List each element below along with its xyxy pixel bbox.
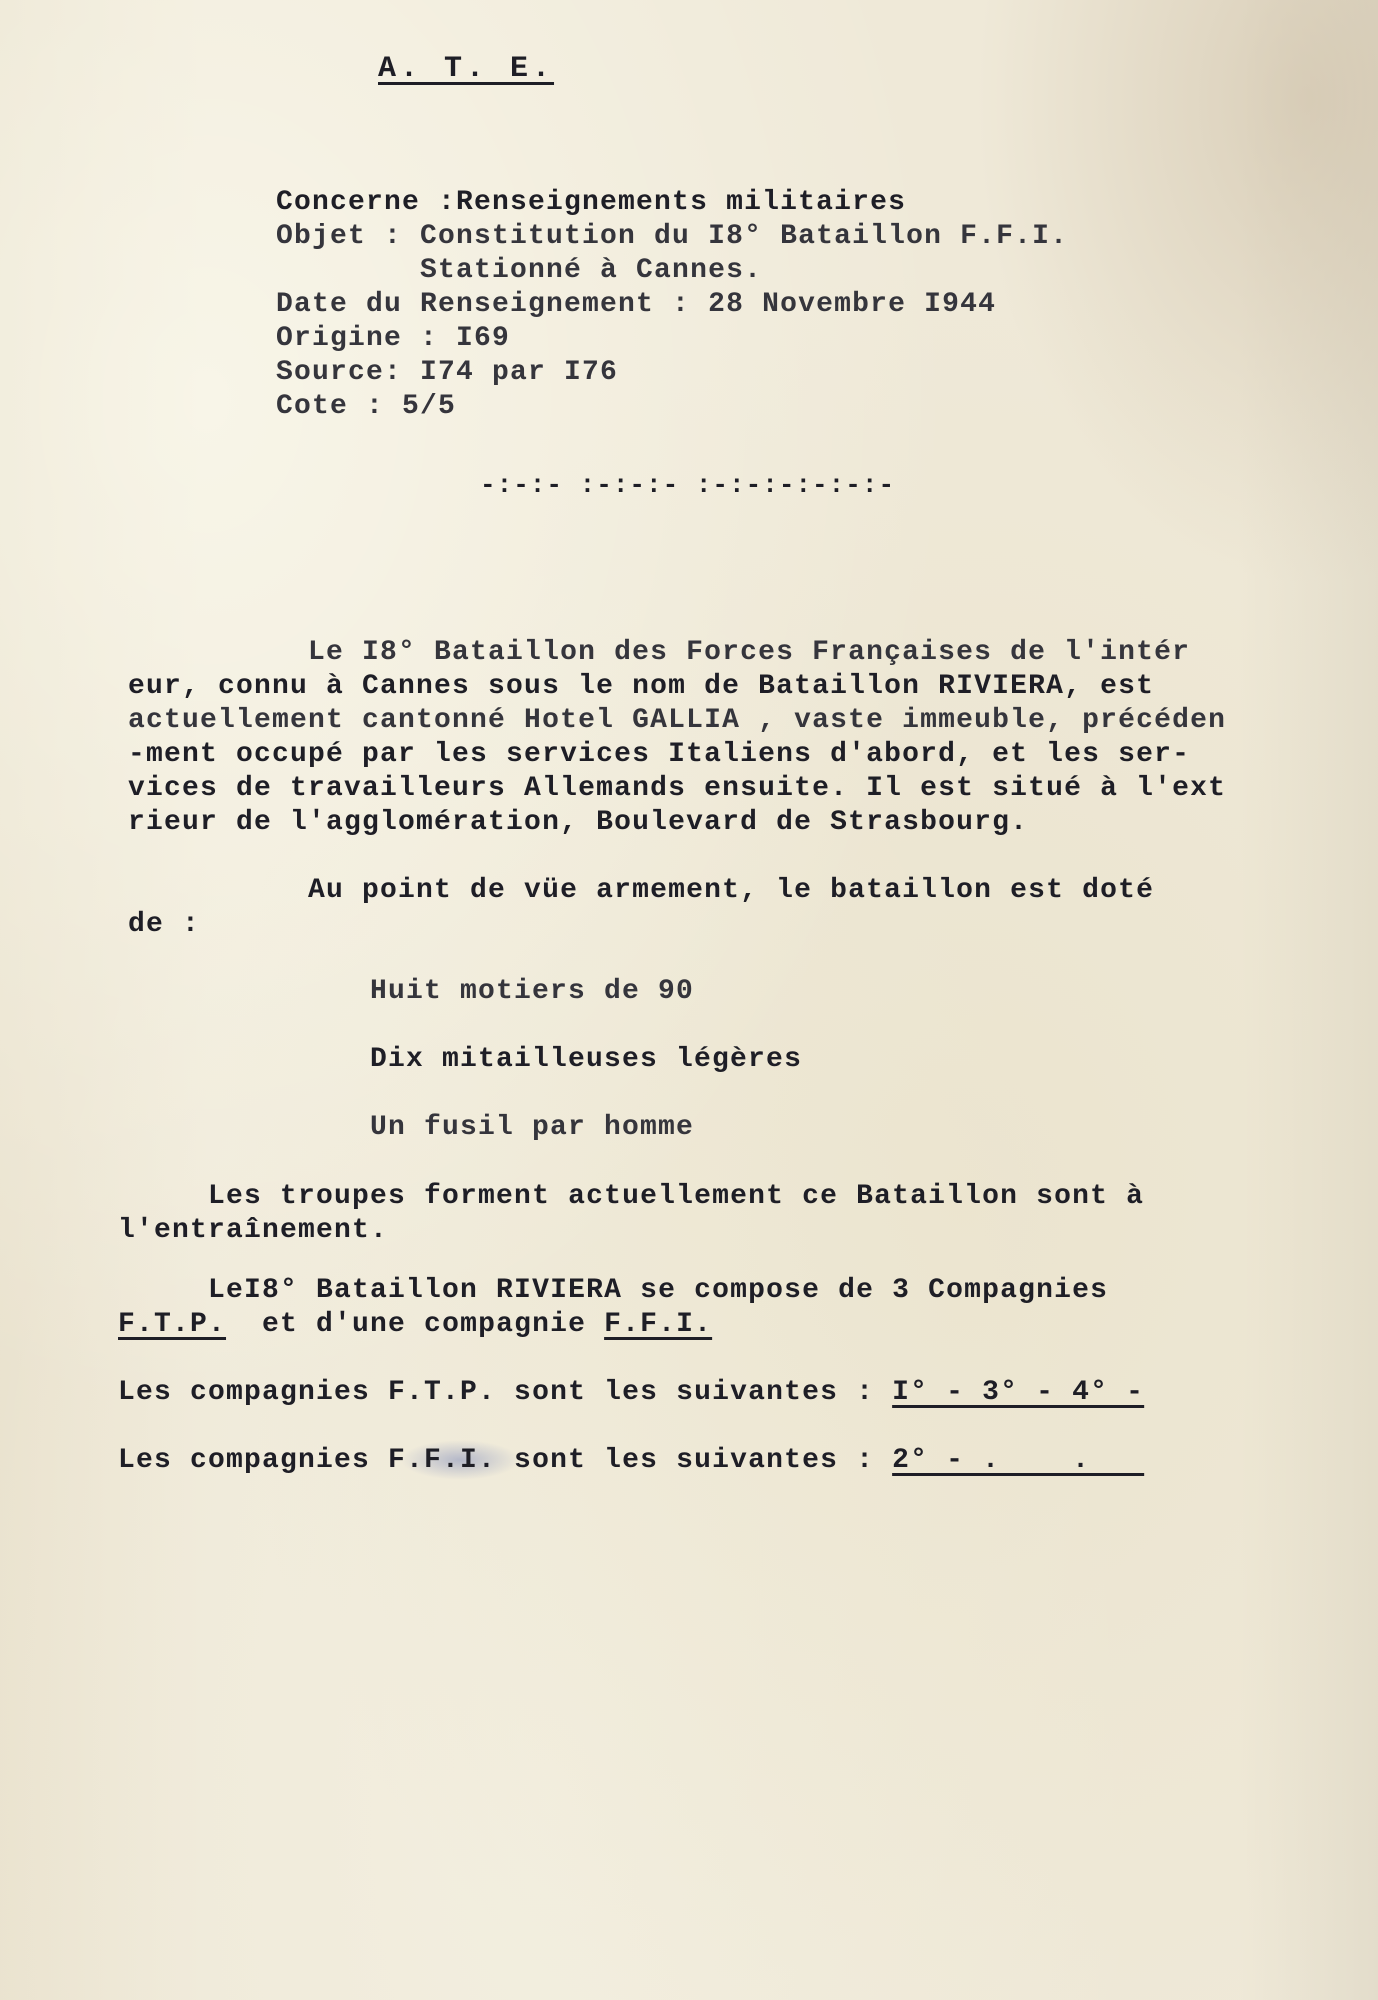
paragraph2-line2: de : — [128, 908, 200, 942]
paragraph3-line1: Les troupes forment actuellement ce Bata… — [118, 1180, 1144, 1214]
paragraph3-line2: l'entraînement. — [118, 1214, 388, 1248]
typewritten-document: A. T. E. Concerne :Renseignements milita… — [0, 0, 1378, 2000]
header-date: Date du Renseignement : 28 Novembre I944 — [276, 288, 996, 322]
armament-item: Un fusil par homme — [370, 1111, 694, 1145]
ffi-companies-label: Les compagnies F.F.I. sont les suivantes… — [118, 1445, 892, 1476]
paragraph4-middle: et d'une compagnie — [226, 1309, 604, 1340]
header-origine: Origine : I69 — [276, 322, 510, 356]
armament-item: Huit motiers de 90 — [370, 975, 694, 1009]
paragraph1-line6: rieur de l'agglomération, Boulevard de S… — [128, 806, 1028, 840]
ffi-abbreviation: F.F.I. — [604, 1309, 712, 1340]
ftp-companies-line: Les compagnies F.T.P. sont les suivantes… — [118, 1376, 1144, 1410]
header-objet: Objet : Constitution du I8° Bataillon F.… — [276, 220, 1068, 254]
header-objet-continued: Stationné à Cannes. — [276, 254, 762, 288]
paragraph1-line1: Le I8° Bataillon des Forces Françaises d… — [128, 636, 1190, 670]
paragraph4-line1: LeI8° Bataillon RIVIERA se compose de 3 … — [118, 1274, 1108, 1308]
paragraph4-line2: F.T.P. et d'une compagnie F.F.I. — [118, 1308, 712, 1342]
paragraph1-line4: -ment occupé par les services Italiens d… — [128, 738, 1190, 772]
document-title: A. T. E. — [378, 52, 554, 86]
header-concerne: Concerne :Renseignements militaires — [276, 186, 906, 220]
ftp-abbreviation: F.T.P. — [118, 1309, 226, 1340]
header-cote: Cote : 5/5 — [276, 390, 456, 424]
header-source: Source: I74 par I76 — [276, 356, 618, 390]
ftp-companies-label: Les compagnies F.T.P. sont les suivantes… — [118, 1377, 892, 1408]
ffi-companies-line: Les compagnies F.F.I. sont les suivantes… — [118, 1444, 1144, 1478]
separator-line: -:-:- :-:-:- :-:-:-:-:-:- — [480, 468, 895, 502]
ftp-companies-values: I° - 3° - 4° - — [892, 1377, 1144, 1408]
paragraph1-line5: vices de travailleurs Allemands ensuite.… — [128, 772, 1226, 806]
paragraph1-line3: actuellement cantonné Hotel GALLIA , vas… — [128, 704, 1226, 738]
ffi-companies-values: 2° - . . — [892, 1445, 1144, 1476]
paragraph2-line1: Au point de vüe armement, le bataillon e… — [128, 874, 1154, 908]
paragraph1-line2: eur, connu à Cannes sous le nom de Batai… — [128, 670, 1154, 704]
armament-item: Dix mitailleuses légères — [370, 1043, 802, 1077]
